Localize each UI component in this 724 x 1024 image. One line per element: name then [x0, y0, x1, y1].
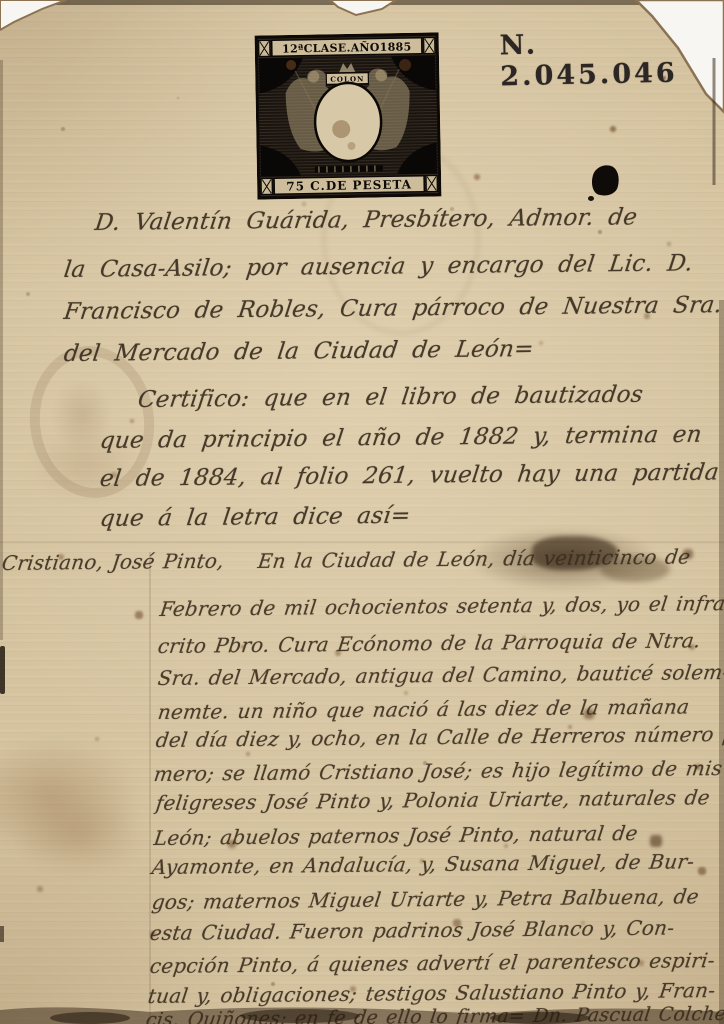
revenue-stamp: COLON 12ªCLASE.AÑO1885 75 C.DE PESETA: [255, 32, 442, 199]
water-stain: [15, 795, 145, 875]
manuscript-line: León; abuelos paternos José Pinto, natur…: [152, 821, 639, 850]
ink-blot: [588, 196, 594, 201]
stamp-top-banner-text: 12ªCLASE.AÑO1885: [282, 39, 412, 55]
foxing-spots: [0, 0, 2, 2]
serial-number: N. 2.045.046: [499, 26, 724, 93]
manuscript-line: del Mercado de la Ciudad de León=: [62, 336, 535, 367]
manuscript-line: En la Ciudad de León, día veinticinco de: [256, 544, 692, 573]
stamp-blank-oval: [314, 82, 381, 161]
stamp-bottom-banner-text: 75 C.DE PESETA: [286, 177, 412, 193]
margin-note: Cristiano, José Pinto,: [0, 549, 225, 575]
manuscript-line: Certifico: que en el libro de bautizados: [136, 382, 644, 413]
manuscript-line: que á la letra dice así=: [98, 503, 412, 532]
